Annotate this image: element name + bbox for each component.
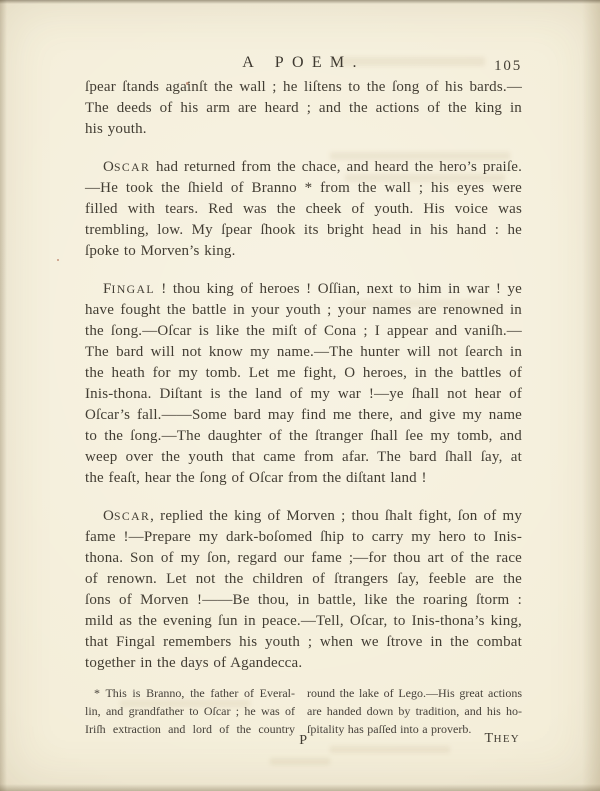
name-fingal-initial: F [103,281,112,297]
catchword: THEY [485,731,520,747]
name-oscar-smallcaps: SCAR [114,510,150,523]
text-line: ſpoke to Morven’s king. [85,241,522,262]
text-line: Oſcar’s fall.——Some bard may find me the… [85,405,522,426]
page: APOEM. 105 ſpear ſtands againſt the wall… [0,0,600,791]
catchword-initial: T [485,731,494,746]
footnote-line: * This is Branno, the father of Everal- [85,684,295,702]
text-line: ſons of Morven !——Be thou, in battle, li… [85,590,522,611]
text-line: OSCAR, replied the king of Morven ; thou… [85,506,522,527]
signature-mark: P [85,733,522,749]
footnote-line: are handed down by tradition, and his ho… [307,702,522,720]
name-oscar-initial: O [103,159,114,175]
paragraph-continuation: ſpear ſtands againſt the wall ; he liſte… [85,77,522,140]
text-line: weep over the youth that came from afar.… [85,447,522,468]
paragraph-fingal-speech: FINGAL ! thou king of heroes ! Oſſian, n… [85,279,522,489]
text-line: of renown. Let not the children of ſtran… [85,569,522,590]
running-title-word-a: A [242,54,254,71]
text-line: ſpear ſtands againſt the wall ; he liſte… [85,77,522,98]
text-line: mild as the evening ſun in peace.—Tell, … [85,611,522,632]
text-line: OSCAR had returned from the chace, and h… [85,157,522,178]
catchword-smallcaps: HEY [494,733,520,745]
text-line: his youth. [85,119,522,140]
name-fingal-smallcaps: INGAL [112,283,155,296]
text-line: Inis-thona. Diſtant is the land of my wa… [85,384,522,405]
text-line: —He took the ſhield of Branno * from the… [85,178,522,199]
text-block: ſpear ſtands againſt the wall ; he liſte… [85,77,522,691]
text-line: filled with tears. Red was the cheek of … [85,199,522,220]
footnote-line: lin, and grandfather to Oſcar ; he was o… [85,702,295,720]
line-text: ! thou king of heroes ! Oſſian, next to … [155,281,522,297]
text-line: The deeds of his arm are heard ; and the… [85,98,522,119]
page-header: APOEM. 105 [85,54,522,78]
footnote-line: round the lake of Lego.—His great action… [307,684,522,702]
footnote: * This is Branno, the father of Everal- … [85,684,522,738]
text-line: that Fingal remembers his youth ; when w… [85,632,522,653]
footnote-right-column: round the lake of Lego.—His great action… [307,684,522,738]
text-line: the feaſt, hear the ſong of Oſcar from t… [85,468,522,489]
text-line: together in the days of Agandecca. [85,653,522,674]
text-line: the heath for my tomb. Let me fight, O h… [85,363,522,384]
text-line: The bard will not know my name.—The hunt… [85,342,522,363]
text-line: trembling, low. My ſpear ſhook its brigh… [85,220,522,241]
text-line: FINGAL ! thou king of heroes ! Oſſian, n… [85,279,522,300]
paragraph-oscar-replied: OSCAR, replied the king of Morven ; thou… [85,506,522,674]
text-line: to the ſong.—The daughter of the ſtrange… [85,426,522,447]
name-oscar-initial: O [103,508,114,524]
text-line: thona. Son of my ſon, regard our fame ;—… [85,548,522,569]
foxing-dot [57,259,59,261]
line-text: had returned from the chace, and heard t… [150,159,522,175]
running-title: APOEM. [85,54,522,72]
signature-line: P THEY [85,733,522,753]
footnote-left-column: * This is Branno, the father of Everal- … [85,684,295,738]
text-line: the ſong.—Oſcar is like the miſt of Cona… [85,321,522,342]
line-text: , replied the king of Morven ; thou ſhal… [150,508,522,524]
running-title-word-poem: POEM. [275,54,365,71]
text-line: fame !—Prepare my dark-boſomed ſhip to c… [85,527,522,548]
name-oscar-smallcaps: SCAR [114,161,150,174]
text-line: have fought the battle in your youth ; y… [85,300,522,321]
show-through-smudge [270,758,330,765]
paragraph-oscar-returned: OSCAR had returned from the chace, and h… [85,157,522,262]
page-number: 105 [494,58,522,75]
